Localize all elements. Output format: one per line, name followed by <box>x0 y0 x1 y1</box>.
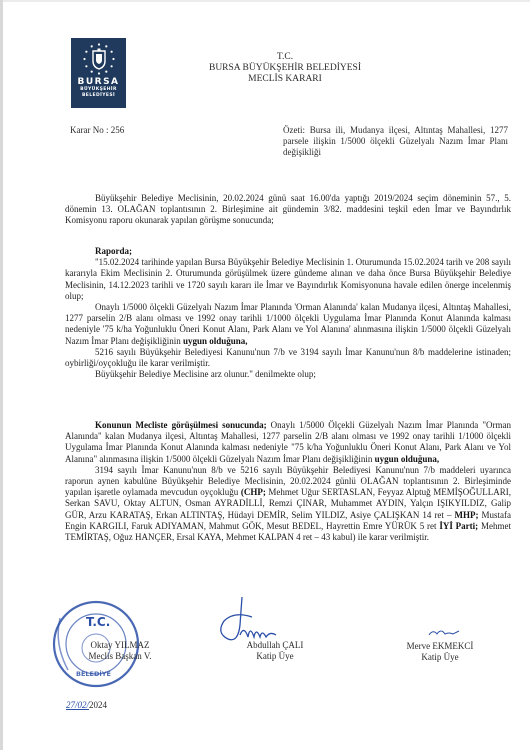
decision-paragraph-1: Konunun Mecliste görüşülmesi sonucunda; … <box>65 420 511 465</box>
intro-paragraph: Büyükşehir Belediye Meclisinin, 20.02.20… <box>65 193 511 227</box>
report-heading: Raporda; <box>95 246 132 256</box>
document-header: T.C. BURSA BÜYÜKŞEHİR BELEDİYESİ MECLİS … <box>160 52 410 85</box>
party-chp: (CHP; <box>241 487 266 497</box>
logo-title: BURSA <box>71 77 126 87</box>
header-institution: BURSA BÜYÜKŞEHİR BELEDİYESİ <box>160 63 410 74</box>
report-paragraph-3: 5216 sayılı Büyükşehir Belediyesi Kanunu… <box>65 347 511 369</box>
header-doc-type: MECLİS KARARI <box>160 74 410 85</box>
svg-text:BELEDİYE: BELEDİYE <box>76 669 111 678</box>
report-section: Raporda; "15.02.2024 tarihinde yapılan B… <box>65 246 511 380</box>
party-iyi: İYİ Parti; <box>439 521 478 531</box>
header-tc: T.C. <box>160 52 410 63</box>
date-handwritten: 27/02/ <box>66 700 89 710</box>
decision-lead: Konunun Mecliste görüşülmesi sonucunda; <box>95 420 267 430</box>
signatory-3-title: Katip Üye <box>385 652 495 663</box>
report-paragraph-2-text: Onaylı 1/5000 ölçekli Güzelyalı Nazım İm… <box>65 302 511 346</box>
emblem-icon <box>82 42 116 76</box>
party-mhp: MHP; <box>454 510 478 520</box>
decision-paragraph-1-bold: uygun olduğuna, <box>375 454 440 464</box>
document-date: 27/02/2024 <box>66 700 107 710</box>
report-paragraph-2-bold: uygun olduğuna, <box>183 336 248 346</box>
signatory-3: Merve EKMEKCİ Katip Üye <box>385 641 495 663</box>
intro-text: Büyükşehir Belediye Meclisinin, 20.02.20… <box>65 193 511 227</box>
report-paragraph-2: Onaylı 1/5000 ölçekli Güzelyalı Nazım İm… <box>65 302 511 347</box>
signatory-2-name: Abdullah ÇALI <box>220 640 330 651</box>
signatory-1: Oktay YILMAZ Meclis Başkan V. <box>60 640 180 662</box>
bursa-logo: BURSA BÜYÜKŞEHİR BELEDİYESİ <box>71 38 126 108</box>
stamp-top-text: T.C. <box>86 615 110 629</box>
page-top-edge <box>0 0 530 2</box>
report-paragraph-4: Büyükşehir Belediye Meclisine arz olunur… <box>65 369 511 380</box>
decision-number: Karar No : 256 <box>70 125 124 135</box>
signature-merve <box>427 626 461 638</box>
decision-section: Konunun Mecliste görüşülmesi sonucunda; … <box>65 420 511 543</box>
signatory-2: Abdullah ÇALI Katip Üye <box>220 640 330 662</box>
signatory-3-name: Merve EKMEKCİ <box>385 641 495 652</box>
decision-paragraph-2: 3194 sayılı İmar Kanunu'nun 8/b ve 5216 … <box>65 465 511 543</box>
signatory-1-name: Oktay YILMAZ <box>60 640 180 651</box>
decision-summary: Özeti: Bursa ili, Mudanya ilçesi, Altınt… <box>283 125 508 159</box>
signatory-1-title: Meclis Başkan V. <box>60 651 180 662</box>
signatory-2-title: Katip Üye <box>220 651 330 662</box>
page-left-edge <box>0 0 3 750</box>
report-paragraph-1: "15.02.2024 tarihinde yapılan Bursa Büyü… <box>65 257 511 302</box>
date-printed: 2024 <box>89 700 107 710</box>
logo-subtitle-2: BELEDİYESİ <box>71 93 126 99</box>
